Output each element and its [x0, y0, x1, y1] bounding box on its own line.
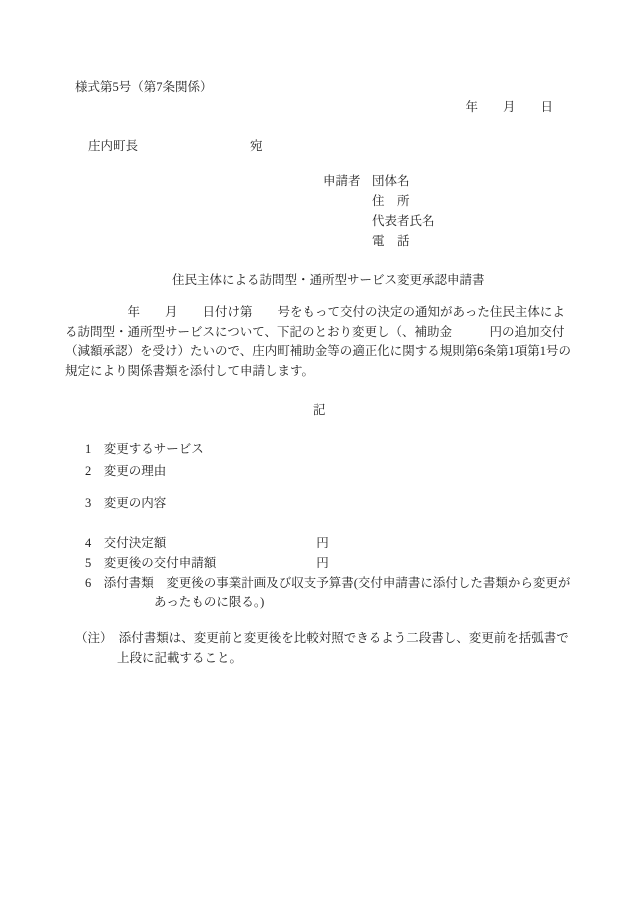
ki-mark: 記	[313, 400, 326, 420]
date-line: 年 月 日	[465, 97, 553, 117]
addressee-honorific: 宛	[250, 136, 263, 156]
body-paragraph: 年 月 日付け第 号をもって交付の決定の通知があった住民主体によ る訪問型・通所…	[65, 303, 580, 382]
list-item-2-reason-for-change: 2 変更の理由	[85, 461, 166, 481]
applicant-field-address: 住 所	[372, 191, 410, 211]
document-title: 住民主体による訪問型・通所型サービス変更承認申請書	[172, 270, 485, 290]
list-item-6-attached-documents-continuation: あったものに限る。)	[154, 592, 264, 612]
list-item-5-application-amount-after-change: 5 変更後の交付申請額 円	[85, 553, 329, 573]
document-page: 様式第5号（第7条関係） 年 月 日 庄内町長 宛 申請者 団体名 住 所 代表…	[0, 0, 630, 903]
applicant-field-organization-name: 団体名	[372, 171, 410, 191]
applicant-label: 申請者	[323, 171, 361, 191]
applicant-field-representative-name: 代表者氏名	[372, 211, 435, 231]
list-item-4-grant-decision-amount: 4 交付決定額 円	[85, 533, 329, 553]
list-item-3-content-of-change: 3 変更の内容	[85, 493, 166, 513]
footnote: （注） 添付書類は、変更前と変更後を比較対照できるよう二段書し、変更前を括弧書で…	[117, 628, 597, 668]
applicant-field-telephone: 電 話	[372, 231, 410, 251]
list-item-1-service-to-change: 1 変更するサービス	[85, 439, 204, 459]
addressee-name: 庄内町長	[88, 136, 138, 156]
list-item-6-attached-documents: 6 添付書類 変更後の事業計画及び収支予算書(交付申請書に添付した書類から変更が	[85, 573, 570, 593]
form-number: 様式第5号（第7条関係）	[75, 77, 213, 97]
